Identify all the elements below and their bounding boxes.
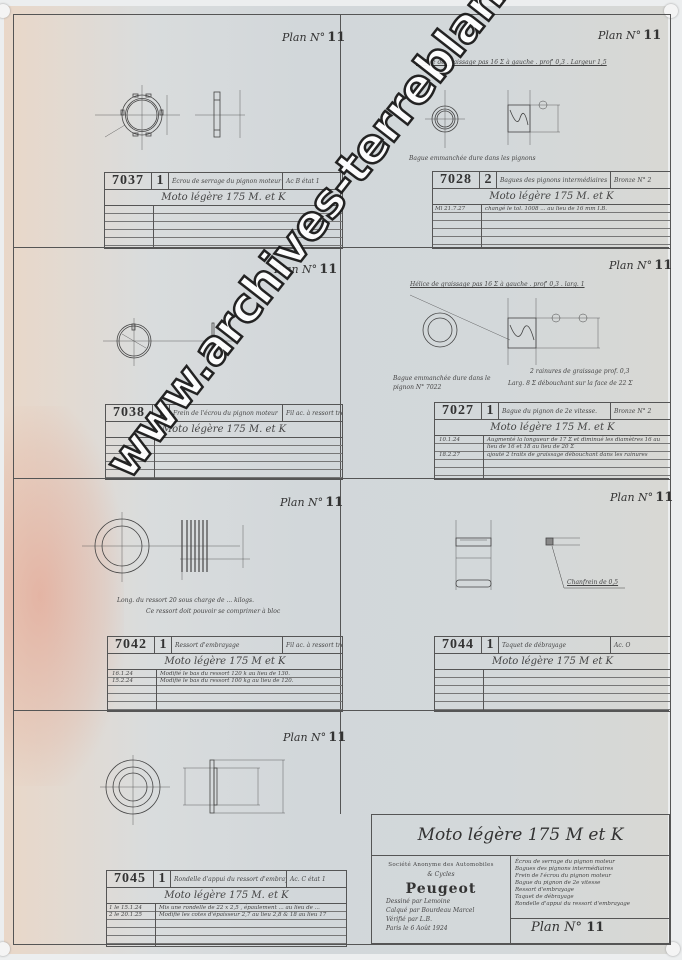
- signature-line: Dessiné par Lemoine: [372, 897, 510, 906]
- part-material: Ac. O: [611, 637, 670, 653]
- part-description: Ressort d'embrayage: [172, 637, 283, 653]
- drawing-nut-7037: [95, 80, 255, 170]
- part-quantity: 1: [482, 637, 499, 653]
- drawing-note: 2 rainures de graissage prof. 0,3: [530, 368, 629, 375]
- modification-lines: [435, 670, 670, 711]
- modification-date: 1 le 15.1.24: [109, 905, 142, 911]
- part-description: Écrou de serrage du pignon moteur: [169, 173, 283, 189]
- title-block: Moto légère 175 M et K Société Anonyme d…: [371, 814, 670, 944]
- modification-date: Ml 21.7.27: [435, 206, 465, 212]
- drawing-spring-7042: [80, 510, 280, 590]
- modification-text: ajouté 2 traits de graissage débouchant …: [487, 452, 648, 458]
- part-description: Bagues des pignons intermédiaires: [497, 172, 611, 188]
- drawing-note: Ce ressort doit pouvoir se comprimer à b…: [146, 608, 280, 615]
- part-number: 7045: [107, 871, 154, 887]
- part-description: Rondelle d'appui du ressort d'embrayage: [171, 871, 287, 887]
- drawing-washer-7045: [100, 740, 300, 840]
- company-block: Société Anonyme des Automobiles & Cycles…: [372, 856, 511, 943]
- signature-line: Vérifié par L.B.: [372, 915, 510, 924]
- modification-date: 2 le 20.1.25: [109, 912, 142, 918]
- part-material: Bronze N° 2: [611, 403, 670, 419]
- part-block-7028: 7028 2 Bagues des pignons intermédiaires…: [432, 171, 671, 249]
- part-model: Moto légère 175 M et K: [108, 654, 342, 670]
- drawing-note: Chanfrein de 0,5: [567, 579, 618, 586]
- modification-date: 15.2.24: [112, 678, 133, 684]
- plan-label: Plan N°11: [610, 490, 673, 505]
- parts-list-item: Taquet de débrayage: [515, 894, 665, 901]
- drawing-tappet-7044: [440, 510, 640, 600]
- modification-text: Augmenté la longueur de 17 Σ et diminué …: [487, 437, 667, 451]
- part-material: Fil ac. à ressort trempé: [283, 637, 342, 653]
- part-material: Bronze N° 2: [611, 172, 670, 188]
- part-model: Moto légère 175 M. et K: [433, 189, 670, 205]
- modification-text: changé le tol. 1008 ... au lieu de 16 mm…: [485, 206, 607, 212]
- part-number: 7037: [105, 173, 152, 189]
- brand-logo: Peugeot: [372, 881, 510, 897]
- part-block-7027: 7027 1 Bague du pignon de 2e vitesse. Br…: [434, 402, 671, 480]
- parts-list-item: Bague du pignon de 2e vitesse: [515, 880, 665, 887]
- part-block-7044: 7044 1 Taquet de débrayage Ac. O Moto lé…: [434, 636, 671, 712]
- part-material: Ac. C état 1: [287, 871, 346, 887]
- part-number: 7028: [433, 172, 480, 188]
- modification-date: 10.1.24: [439, 437, 460, 443]
- parts-list-item: Bagues des pignons intermédiaires: [515, 866, 665, 873]
- part-block-7042: 7042 1 Ressort d'embrayage Fil ac. à res…: [107, 636, 343, 712]
- part-material: Fil ac. à ressort trempé: [283, 405, 342, 421]
- signature-line: Calqué par Bourdeau Marcel: [372, 906, 510, 915]
- part-description: Bague du pignon de 2e vitesse.: [499, 403, 611, 419]
- parts-list-item: Rondelle d'appui du ressort d'embrayage: [515, 901, 665, 908]
- parts-list-item: Frein de l'écrou du pignon moteur: [515, 873, 665, 880]
- part-block-7045: 7045 1 Rondelle d'appui du ressort d'emb…: [106, 870, 347, 947]
- part-number: 7042: [108, 637, 155, 653]
- company-name-2: & Cycles: [372, 871, 510, 878]
- part-model: Moto légère 175 M. et K: [435, 420, 670, 436]
- drawing-note: Long. du ressort 20 sous charge de ... k…: [117, 597, 254, 604]
- part-quantity: 1: [482, 403, 499, 419]
- company-name: Société Anonyme des Automobiles: [372, 862, 510, 868]
- drawing-note: Hélice de graissage pas 16 Σ à gauche . …: [410, 281, 585, 288]
- modification-text: Modifié le bas du ressort 100 kg au lieu…: [160, 678, 294, 684]
- plan-label: Plan N°11: [609, 258, 672, 273]
- part-quantity: 1: [155, 637, 172, 653]
- part-model: Moto légère 175 M. et K: [107, 888, 346, 904]
- modification-text: Modifié le bas du ressort 120 k au lieu …: [160, 671, 290, 677]
- modification-date: 18.2.27: [439, 452, 460, 458]
- plan-label: Plan N°11: [598, 28, 661, 43]
- part-number: 7027: [435, 403, 482, 419]
- plan-number-box: Plan N° 11: [511, 913, 669, 943]
- plan-label: Plan N°11: [282, 30, 345, 45]
- drawing-note: Bague emmanchée dure dans les pignons: [409, 155, 536, 162]
- modification-text: Mis une rondelle de 22 x 2,5 , épaulemen…: [159, 905, 320, 911]
- part-quantity: 1: [152, 173, 169, 189]
- parts-list-item: Ressort d'embrayage: [515, 887, 665, 894]
- parts-list-item: Écrou de serrage du pignon moteur: [515, 859, 665, 866]
- drawing-note: Larg. 8 Σ débouchant sur la face de 22 Σ: [508, 380, 632, 387]
- part-model: Moto légère 175 M et K: [435, 654, 670, 670]
- signature-line: Paris le 6 Août 1924: [372, 924, 510, 933]
- part-quantity: 2: [480, 172, 497, 188]
- modification-text: Modifié les cotes d'épaisseur 2,7 au lie…: [159, 912, 326, 918]
- plan-label: Plan N°11: [280, 495, 343, 510]
- sheet-title: Moto légère 175 M et K: [372, 815, 669, 856]
- part-description: Taquet de débrayage: [499, 637, 611, 653]
- drawing-note: Bague emmanchée dure dans le pignon N° 7…: [393, 374, 503, 392]
- part-number: 7044: [435, 637, 482, 653]
- drawing-bushing-7027: [400, 290, 670, 380]
- modification-date: 16.1.24: [112, 671, 133, 677]
- part-quantity: 1: [154, 871, 171, 887]
- parts-list: Écrou de serrage du pignon moteur Bagues…: [511, 856, 669, 919]
